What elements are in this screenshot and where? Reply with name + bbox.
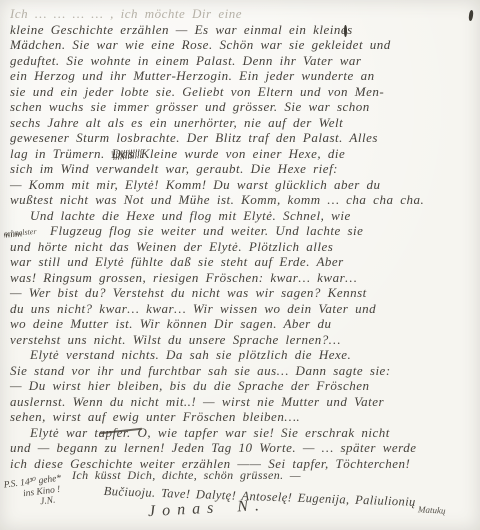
line-text: geduftet. Sie wohnte in einem Palast. De…	[10, 53, 361, 69]
signature: Jonas N.	[148, 497, 267, 521]
lithuanian-greeting: Bučiuoju. Tave! Dalytę! Antoselę! Eugeni…	[103, 484, 416, 510]
lithuanian-greeting-tail: Matukų	[418, 504, 446, 515]
line-text: Elytė verstand nichts. Da sah sie plötzl…	[10, 347, 351, 363]
letter-line: sehen, wirst auf ewig unter Fröschen ble…	[10, 409, 480, 425]
line-text: Flugzeug flog sie weiter und weiter. Und…	[10, 223, 363, 239]
letter-line: Elytė verstand nichts. Da sah sie plötzl…	[10, 347, 480, 363]
letter-line: — Komm mit mir, Elytė! Komm! Du warst gl…	[10, 177, 480, 193]
line-text: schen wuchs sie immer grösser und grösse…	[10, 99, 370, 115]
line-text: lag in Trümern. Das Kleine wurde von ein…	[10, 146, 345, 162]
letter-line: kleine Geschichte erzählen — Es war einm…	[10, 22, 480, 38]
line-text: Sie stand vor ihr und furchtbar sah sie …	[10, 363, 391, 379]
letter-line: lag in Trümern. Das Kleine wurde von ein…	[10, 146, 480, 162]
line-text: du uns nicht? kwar… kwar… Wir wissen wo …	[10, 301, 376, 317]
letter-line: Elytė war tapfer. O, wie tapfer war sie!…	[10, 425, 480, 441]
letter-line: sie und ein jeder lobte sie. Geliebt von…	[10, 84, 480, 100]
line-text: was! Ringsum grossen, riesigen Fröschen:…	[10, 270, 357, 286]
ps-line-1: P.S. 14³⁰ gehe*	[3, 474, 62, 491]
letter-line: auslernst. Wenn du nicht mit..! — wirst …	[10, 394, 480, 410]
letter-line: und — begann zu lernen! Jeden Tag 10 Wor…	[10, 440, 480, 456]
letter-line: schnelsterFlugzeug flog sie weiter und w…	[10, 223, 480, 239]
letter-line: ein Herzog und ihr Mutter-Herzogin. Ein …	[10, 68, 480, 84]
letter-line: du uns nicht? kwar… kwar… Wir wissen wo …	[10, 301, 480, 317]
line-text: ich diese Geschichte weiter erzählen —— …	[10, 456, 410, 472]
line-text: und hörte nicht das Weinen der Elytė. Pl…	[10, 239, 333, 255]
letter-line: wußtest nicht was Not und Mühe ist. Komm…	[10, 192, 480, 208]
line-text: Ich … … … … , ich möchte Dir eine	[10, 6, 242, 22]
letter-lines: Ich … … … … , ich möchte Dir einekleine …	[0, 0, 480, 471]
line-text: Elytė war tapfer. O, wie tapfer war sie!…	[10, 425, 390, 441]
line-text: sechs Jahre alt als es ein unerhörter, n…	[10, 115, 343, 131]
letter-line: gewesener Sturm losbrachte. Der Blitz tr…	[10, 130, 480, 146]
line-text: — Du wirst hier bleiben, bis du die Spra…	[10, 378, 370, 394]
letter-line: ich diese Geschichte weiter erzählen —— …	[10, 456, 480, 472]
letter-line: Und lachte die Hexe und flog mit Elytė. …	[10, 208, 480, 224]
ps-line-2: ins Kino !	[5, 484, 64, 501]
letter-line: Ich … … … … , ich möchte Dir eine	[10, 6, 480, 22]
line-text: wußtest nicht was Not und Mühe ist. Komm…	[10, 192, 424, 208]
letter-line: wo deine Mutter ist. Wir können Dir sage…	[10, 316, 480, 332]
line-text: sehen, wirst auf ewig unter Fröschen ble…	[10, 409, 300, 425]
line-text: — Wer bist du? Verstehst du nicht was wi…	[10, 285, 367, 301]
ps-initials: J.N.	[6, 494, 65, 511]
letter-line: sechs Jahre alt als es ein unerhörter, n…	[10, 115, 480, 131]
line-text: wo deine Mutter ist. Wir können Dir sage…	[10, 316, 331, 332]
letter-page: Ich … … … … , ich möchte Dir einekleine …	[0, 0, 480, 530]
line-text: ein Herzog und ihr Mutter-Herzogin. Ein …	[10, 68, 375, 84]
line-text: kleine Geschichte erzählen — Es war einm…	[10, 22, 353, 38]
letter-line: schen wuchs sie immer grösser und grösse…	[10, 99, 480, 115]
letter-line: Sie stand vor ihr und furchtbar sah sie …	[10, 363, 480, 379]
line-text: verstehst uns nicht. Wilst du unsere Spr…	[10, 332, 341, 348]
letter-line: Mädchen. Sie war wie eine Rose. Schön wa…	[10, 37, 480, 53]
ps-note: P.S. 14³⁰ gehe* ins Kino ! J.N.	[3, 474, 64, 512]
line-text: sich im Wind verwandelt war, geraubt. Di…	[10, 161, 338, 177]
line-text: Mädchen. Sie war wie eine Rose. Schön wa…	[10, 37, 391, 53]
line-text: Und lachte die Hexe und flog mit Elytė. …	[10, 208, 351, 224]
letter-line: verstehst uns nicht. Wilst du unsere Spr…	[10, 332, 480, 348]
letter-line: was! Ringsum grossen, riesigen Fröschen:…	[10, 270, 480, 286]
line-text: sie und ein jeder lobte sie. Geliebt von…	[10, 84, 384, 100]
letter-line: war still und Elytė fühlte daß sie steht…	[10, 254, 480, 270]
line-text: war still und Elytė fühlte daß sie steht…	[10, 254, 344, 270]
line-text: — Komm mit mir, Elytė! Komm! Du warst gl…	[10, 177, 381, 193]
letter-line: sich im Wind verwandelt war, geraubt. Di…	[10, 161, 480, 177]
letter-line: und hörte nicht das Weinen der Elytė. Pl…	[10, 239, 480, 255]
letter-line: — Du wirst hier bleiben, bis du die Spra…	[10, 378, 480, 394]
line-text: und — begann zu lernen! Jeden Tag 10 Wor…	[10, 440, 417, 456]
letter-line: — Wer bist du? Verstehst du nicht was wi…	[10, 285, 480, 301]
line-text: gewesener Sturm losbrachte. Der Blitz tr…	[10, 130, 378, 146]
letter-line: geduftet. Sie wohnte in einem Palast. De…	[10, 53, 480, 69]
line-text: auslernst. Wenn du nicht mit..! — wirst …	[10, 394, 384, 410]
